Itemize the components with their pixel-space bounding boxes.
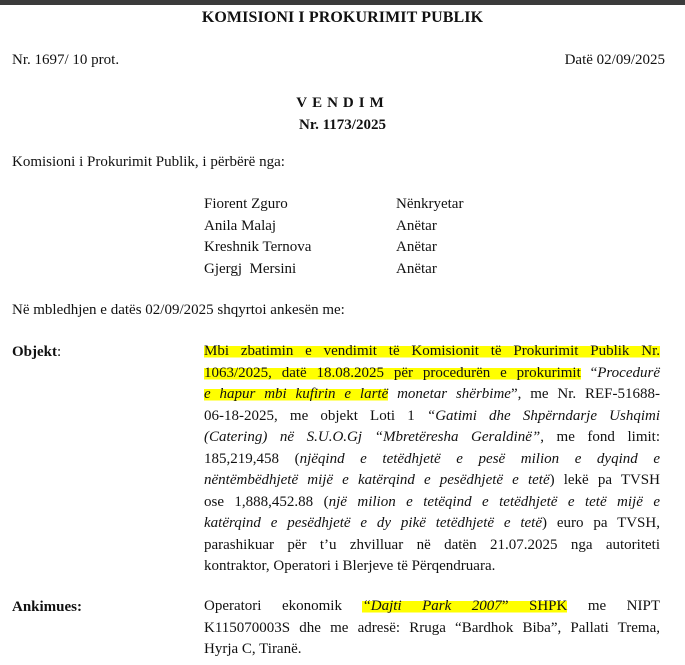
member-row: Fiorent Zguro Nënkryetar	[204, 194, 463, 216]
text: ” SHPK	[502, 598, 568, 614]
objekt-line: (Catering) në S.U.O.Gj “Mbretëresha Gera…	[204, 427, 660, 449]
italic-text: nëntëmbëdhjetë mijë e katërqind e pesëdh…	[204, 472, 550, 488]
member-name: Gjergj Mersini	[204, 259, 396, 281]
objekt-line: 06-18-2025, me objekt Loti 1 “Gatimi dhe…	[204, 406, 660, 428]
protocol-number: Nr. 1697/ 10 prot.	[12, 51, 119, 69]
objekt-line: Mbi zbatimin e vendimit të Komisionit të…	[204, 341, 660, 363]
highlighted-text: Mbi zbatimin e vendimit të Komisionit të…	[204, 343, 660, 359]
italic-text: “Dajti Park 2007	[362, 598, 501, 614]
objekt-paragraph: Mbi zbatimin e vendimit të Komisionit të…	[204, 341, 660, 578]
objekt-line: ose 1,888,452.88 (një milion e tetëqind …	[204, 492, 660, 514]
member-role: Anëtar	[396, 237, 437, 259]
text: ) lekë pa TVSH	[550, 472, 660, 488]
member-name: Fiorent Zguro	[204, 194, 396, 216]
objekt-line: kontraktor, Operatori i Blerjeve të Përq…	[204, 556, 660, 578]
decision-title: VENDIM	[0, 94, 685, 112]
member-row: Kreshnik Ternova Anëtar	[204, 237, 463, 259]
text: Operatori ekonomik	[204, 598, 362, 614]
text: ) euro pa TVSH,	[542, 515, 660, 531]
text: 06-18-2025, me objekt Loti 1	[204, 408, 427, 424]
objekt-label-text: Objekt	[12, 344, 57, 360]
member-role: Nënkryetar	[396, 194, 463, 216]
member-name: Anila Malaj	[204, 216, 396, 238]
italic-text: katërqind e pesëdhjetë e dy pikë tetëdhj…	[204, 515, 542, 531]
member-role: Anëtar	[396, 259, 437, 281]
italic-text: “Gatimi dhe Shpërndarje Ushqimi	[427, 408, 660, 424]
objekt-line: 1063/2025, datë 18.08.2025 për procedurë…	[204, 363, 660, 385]
objekt-line: 185,219,458 (njëqind e tetëdhjetë e pesë…	[204, 449, 660, 471]
ankimues-line: Operatori ekonomik “Dajti Park 2007” SHP…	[204, 596, 660, 618]
objekt-line: e hapur mbi kufirin e lartë monetar shër…	[204, 384, 660, 406]
member-row: Gjergj Mersini Anëtar	[204, 259, 463, 281]
ankimues-paragraph: Operatori ekonomik “Dajti Park 2007” SHP…	[204, 596, 660, 661]
objekt-line: parashikuar për t’u zhvilluar në datën 2…	[204, 535, 660, 557]
italic-text: (Catering) në S.U.O.Gj “Mbretëresha Gera…	[204, 429, 540, 445]
institution-heading: KOMISIONI I PROKURIMIT PUBLIK	[0, 9, 685, 27]
commission-members: Fiorent Zguro Nënkryetar Anila Malaj Anë…	[204, 194, 463, 280]
text: 185,219,458 (	[204, 451, 300, 467]
italic-text: Procedurë	[597, 365, 660, 381]
objekt-line: katërqind e pesëdhjetë e dy pikë tetëdhj…	[204, 513, 660, 535]
italic-text: një milion e tetëqind e tetëdhjetë e tet…	[329, 494, 660, 510]
text: ose 1,888,452.88 (	[204, 494, 329, 510]
member-name: Kreshnik Ternova	[204, 237, 396, 259]
member-role: Anëtar	[396, 216, 437, 238]
viewer-top-bar	[0, 0, 685, 5]
member-row: Anila Malaj Anëtar	[204, 216, 463, 238]
ankimues-line: K115070003S dhe me adresë: Rruga “Bardho…	[204, 618, 660, 640]
text: , me fond limit:	[540, 429, 660, 445]
highlighted-text: 1063/2025, datë 18.08.2025 për procedurë…	[204, 365, 581, 381]
text: “	[581, 365, 597, 381]
italic-text: njëqind e tetëdhjetë e pesë milion e dyq…	[300, 451, 660, 467]
text: ”, me Nr. REF-51688-	[511, 386, 660, 402]
objekt-line: nëntëmbëdhjetë mijë e katërqind e pesëdh…	[204, 470, 660, 492]
highlighted-text: e hapur mbi kufirin e lartë	[204, 386, 388, 402]
text: me NIPT	[567, 598, 660, 614]
commission-intro: Komisioni i Prokurimit Publik, i përbërë…	[12, 153, 285, 171]
document-date: Datë 02/09/2025	[565, 51, 665, 69]
ankimues-line: Hyrja C, Tiranë.	[204, 639, 660, 661]
ankimues-label: Ankimues:	[12, 598, 82, 616]
objekt-label-colon: :	[57, 344, 61, 360]
decision-number: Nr. 1173/2025	[0, 116, 685, 134]
highlighted-text: “Dajti Park 2007” SHPK	[362, 598, 567, 614]
italic-text: monetar shërbime	[388, 386, 511, 402]
meeting-statement: Në mbledhjen e datës 02/09/2025 shqyrtoi…	[12, 301, 345, 319]
objekt-label: Objekt:	[12, 343, 61, 361]
